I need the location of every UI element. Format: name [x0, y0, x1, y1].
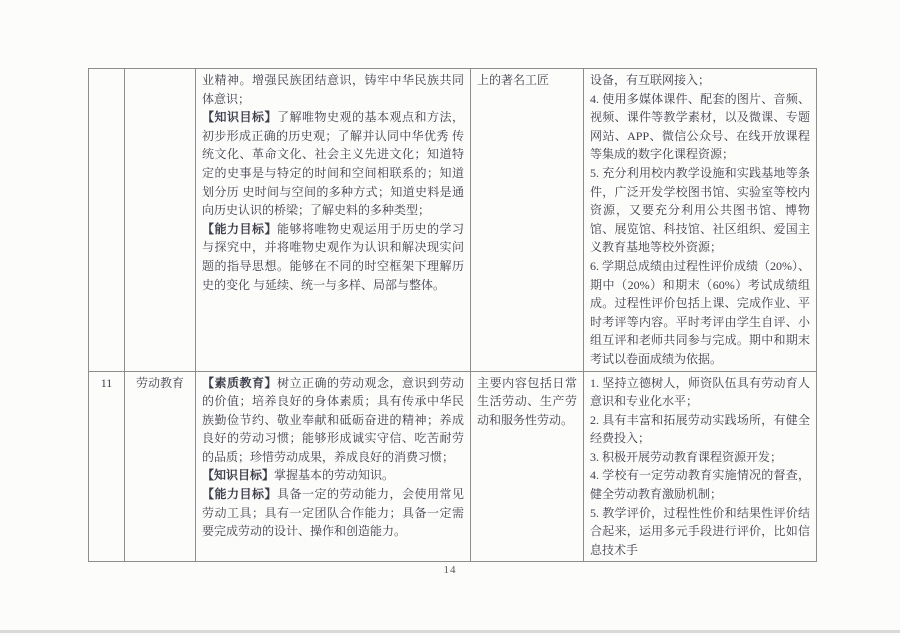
objective-text: 了解唯物史观的基本观点和方法，初步形成正确的历史观；了解并认同中华优秀 传统文化… [202, 110, 464, 217]
document-page: 业精神。增强民族团结意识，铸牢中华民族共同体意识； 【知识目标】了解唯物史观的基… [0, 0, 900, 636]
objective-label: 【知识目标】 [202, 110, 277, 124]
objectives-cell: 业精神。增强民族团结意识，铸牢中华民族共同体意识； 【知识目标】了解唯物史观的基… [196, 69, 471, 372]
requirement-item: 5. 教学评价，过程性性价和结果性评价结合起来，运用多元手段进行评价，比如信息技… [590, 504, 810, 560]
table-row-history-continued: 业精神。增强民族团结意识，铸牢中华民族共同体意识； 【知识目标】了解唯物史观的基… [89, 69, 817, 372]
page-number: 14 [0, 564, 900, 576]
main-content-cell: 上的著名工匠 [471, 69, 584, 372]
objective-text: 掌握基本的劳动知识。 [274, 468, 394, 482]
requirement-item: 4. 学校有一定劳动教育实施情况的督查，健全劳动教育激励机制； [590, 466, 810, 503]
content-text: 上的著名工匠 [477, 71, 577, 90]
objective-paragraph: 【知识目标】了解唯物史观的基本观点和方法，初步形成正确的历史观；了解并认同中华优… [202, 108, 464, 220]
row-index-cell: 11 [89, 371, 125, 562]
requirement-item: 6. 学期总成绩由过程性评价成绩（20%）、期中（20%）和期末（60%）考试成… [590, 257, 810, 369]
objective-text: 业精神。增强民族团结意识，铸牢中华民族共同体意识； [202, 73, 464, 106]
objective-label: 【知识目标】 [202, 468, 274, 482]
curriculum-table: 业精神。增强民族团结意识，铸牢中华民族共同体意识； 【知识目标】了解唯物史观的基… [88, 68, 817, 562]
page-bottom-edge [0, 630, 900, 633]
objective-label: 【能力目标】 [202, 487, 277, 501]
requirement-item: 1. 坚持立德树人，师资队伍具有劳动育人意识和专业化水平； [590, 374, 810, 411]
objective-paragraph: 业精神。增强民族团结意识，铸牢中华民族共同体意识； [202, 71, 464, 108]
objective-label: 【素质教育】 [202, 376, 277, 390]
objective-paragraph: 【知识目标】掌握基本的劳动知识。 [202, 466, 464, 485]
requirement-item: 3. 积极开展劳动教育课程资源开发； [590, 448, 810, 467]
category-cell: 劳动教育 [125, 371, 196, 562]
main-content-cell: 主要内容包括日常生活劳动、生产劳动和服务性劳动。 [471, 371, 584, 562]
requirement-item: 设备，有互联网接入； [590, 71, 810, 90]
objective-paragraph: 【素质教育】树立正确的劳动观念，意识到劳动的价值；培养良好的身体素质；具有传承中… [202, 374, 464, 467]
requirement-item: 5. 充分利用校内教学设施和实践基地等条件，广泛开发学校图书馆、实验室等校内资源… [590, 164, 810, 257]
objective-label: 【能力目标】 [202, 222, 277, 236]
objectives-cell: 【素质教育】树立正确的劳动观念，意识到劳动的价值；培养良好的身体素质；具有传承中… [196, 371, 471, 562]
table-row-labor-education: 11 劳动教育 【素质教育】树立正确的劳动观念，意识到劳动的价值；培养良好的身体… [89, 371, 817, 562]
requirements-cell: 设备，有互联网接入； 4. 使用多媒体课件、配套的图片、音频、视频、课件等教学素… [584, 69, 817, 372]
content-text: 主要内容包括日常生活劳动、生产劳动和服务性劳动。 [477, 374, 577, 430]
requirement-item: 4. 使用多媒体课件、配套的图片、音频、视频、课件等教学素材，以及微课、专题网站… [590, 90, 810, 164]
objective-paragraph: 【能力目标】具备一定的劳动能力，会使用常见劳动工具；具有一定团队合作能力；具备一… [202, 485, 464, 541]
row-index-cell [89, 69, 125, 372]
category-cell [125, 69, 196, 372]
requirement-item: 2. 具有丰富和拓展劳动实践场所，有健全经费投入； [590, 411, 810, 448]
objective-paragraph: 【能力目标】能够将唯物史观运用于历史的学习与探究中，并将唯物史观作为认识和解决现… [202, 220, 464, 294]
requirements-cell: 1. 坚持立德树人，师资队伍具有劳动育人意识和专业化水平； 2. 具有丰富和拓展… [584, 371, 817, 562]
